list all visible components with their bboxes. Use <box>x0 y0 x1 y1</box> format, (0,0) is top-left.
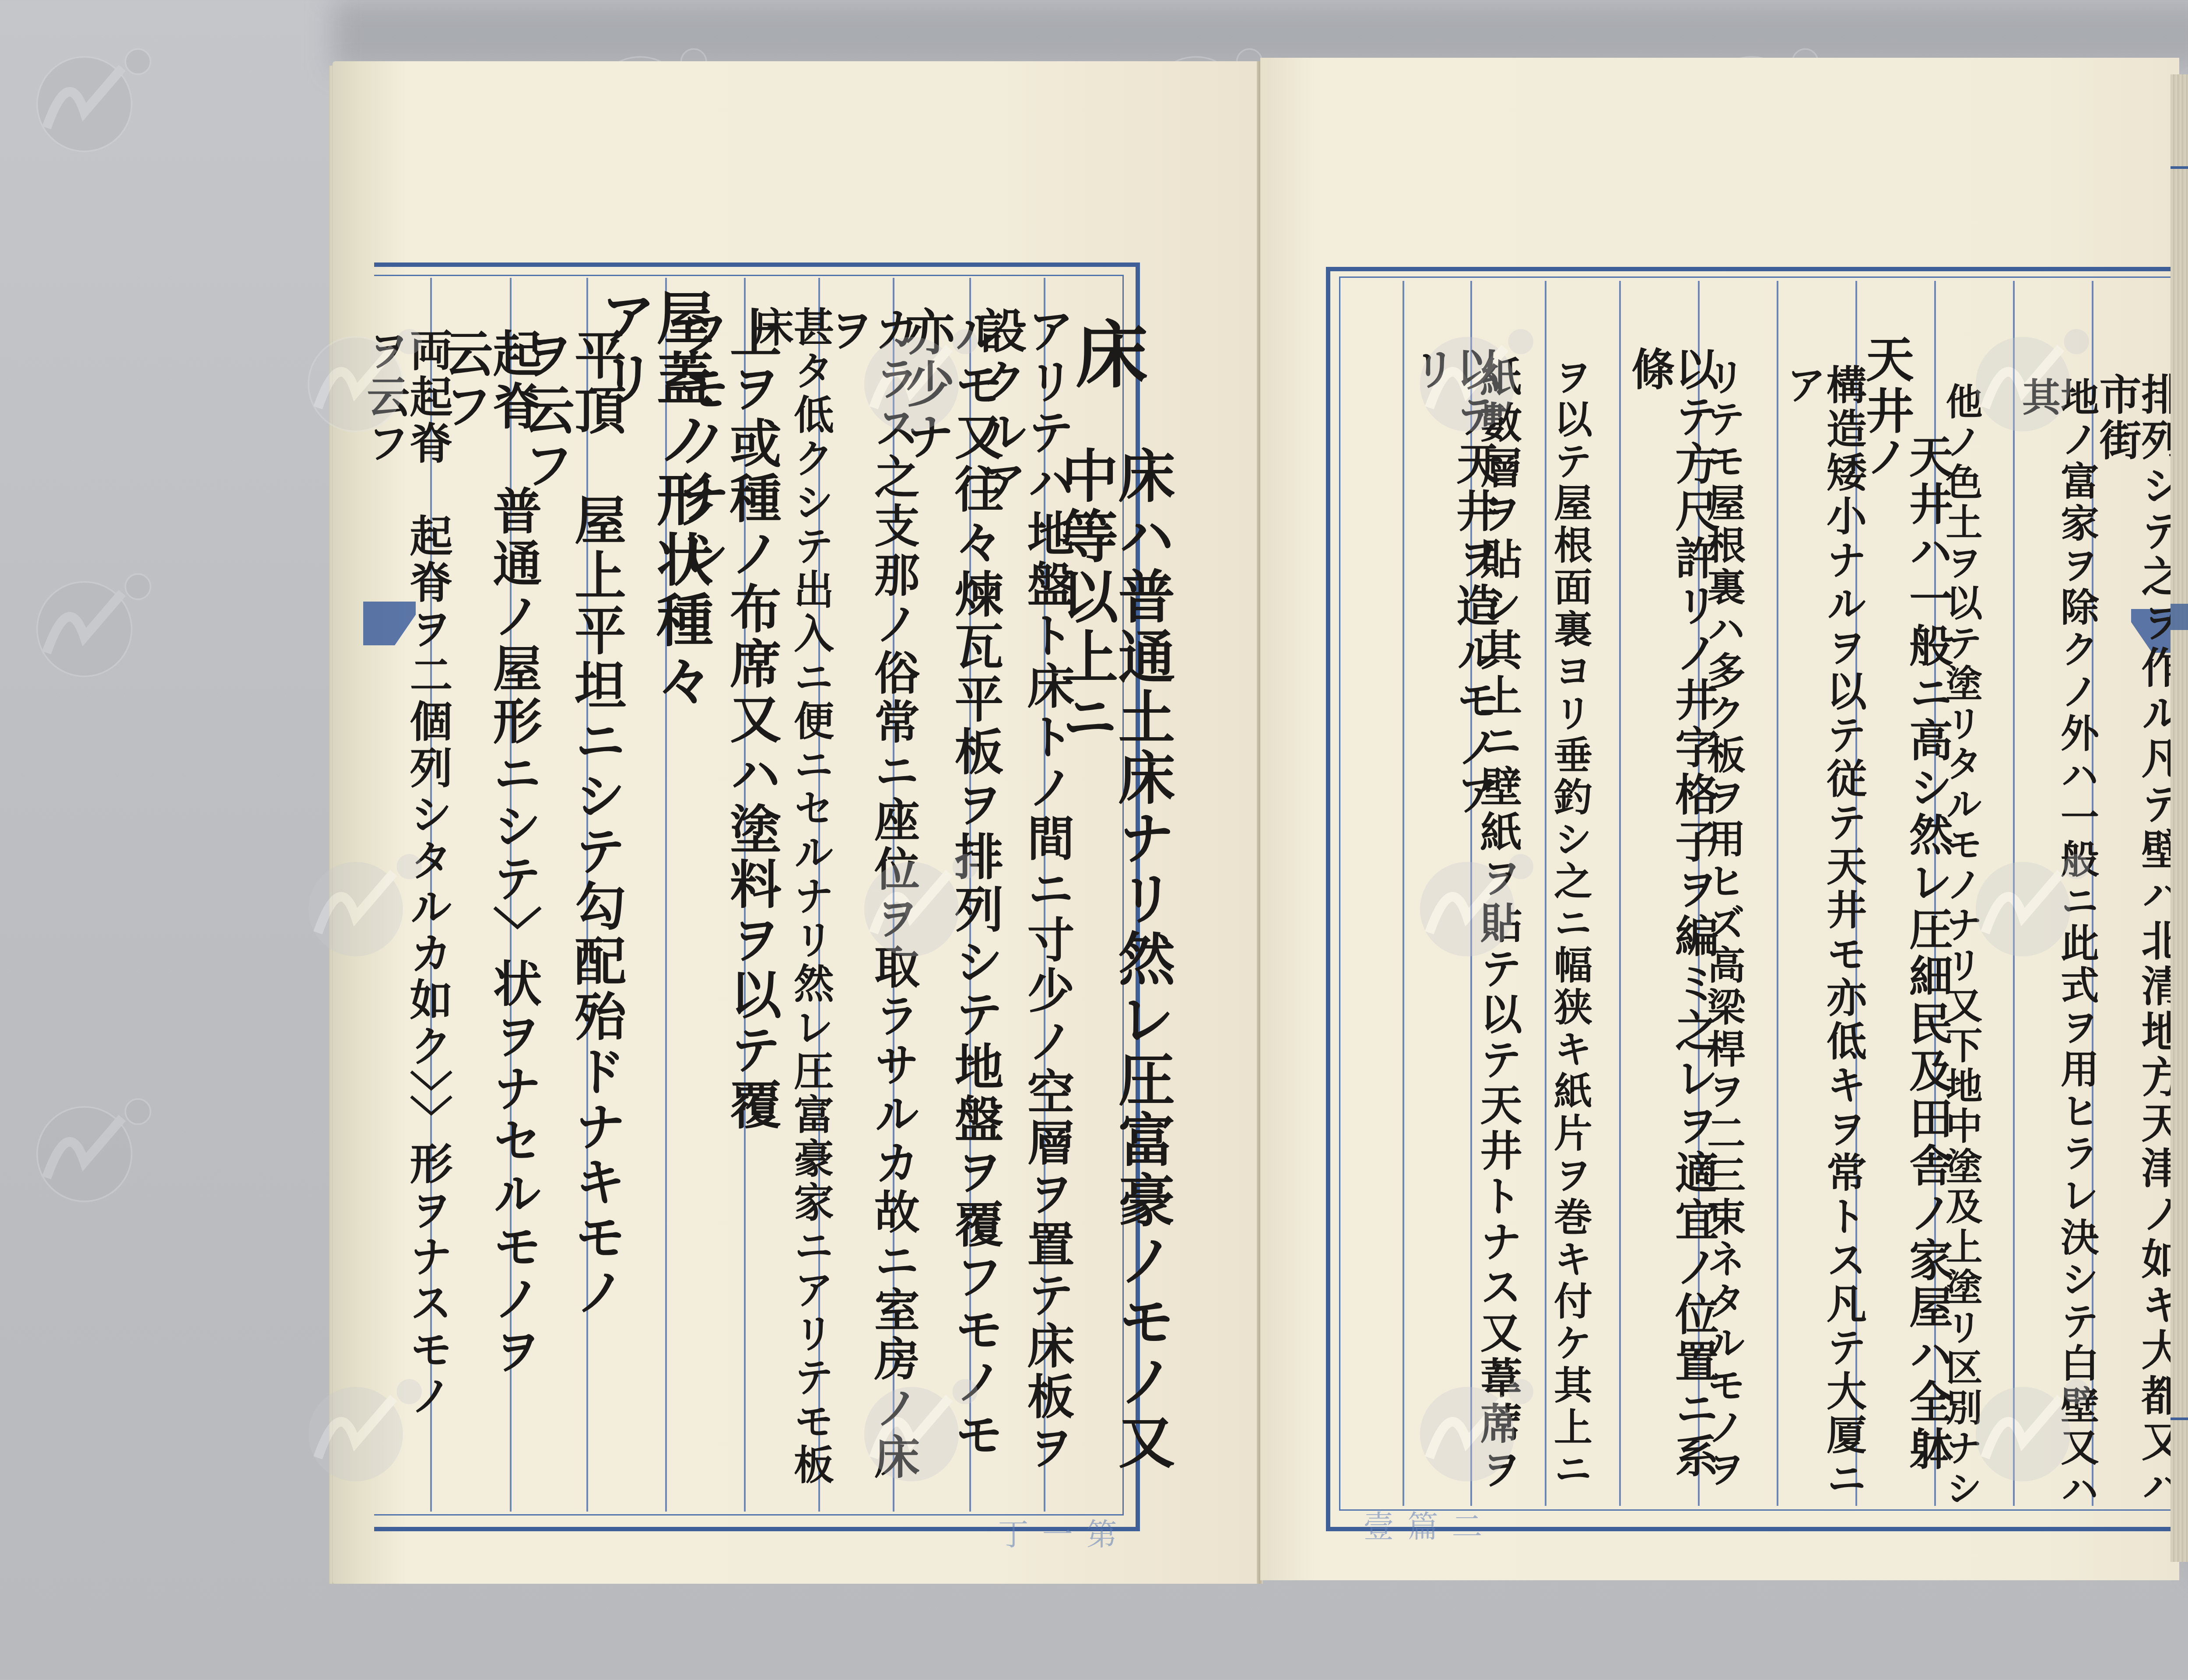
text-column: 以テ方尺許リノ井字格子ヲ編ミ之レヲ適宜ノ位置ニ系條 <box>1628 346 1715 1501</box>
right-heading-ceiling: 天井 <box>1862 329 1910 443</box>
fore-edge-band <box>2170 604 2188 630</box>
watermark-logo-icon <box>1947 822 2105 980</box>
watermark-logo-icon <box>9 1067 166 1225</box>
text-column: ヲ以テ屋根面裏ヨリ垂釣シ之ニ幅狭キ紙片ヲ巻キ付ケ其上ニ <box>1551 346 1590 1501</box>
column-rule <box>1619 281 1621 1506</box>
column-rule <box>1777 281 1778 1506</box>
watermark-logo-icon <box>1392 822 1549 980</box>
watermark-logo-icon <box>280 297 438 455</box>
left-page: 床 床ハ普通土床ナリ然レ圧富豪ノモノ又中等以上ニ アリテハ地盤ト床トノ間ニ寸少ノ… <box>333 61 1260 1584</box>
text-column: 構造矮小ナルヲ以テ従テ天井モ亦低キヲ常トス凡テ大厦ニア <box>1783 364 1864 1501</box>
watermark-logo-icon <box>280 1347 438 1505</box>
watermark-logo-icon <box>1947 1347 2105 1505</box>
right-footer-stamp: 二 篇 壹 <box>1354 1510 1487 1580</box>
open-book: 床 床ハ普通土床ナリ然レ圧富豪ノモノ又中等以上ニ アリテハ地盤ト床トノ間ニ寸少ノ… <box>333 61 2188 1601</box>
text-column: 起脊 普通ノ屋形ニシテ〉状ヲナセルモノヲ云フ <box>440 328 538 1422</box>
watermark-logo-icon <box>1392 1347 1549 1505</box>
watermark-logo-icon <box>9 542 166 700</box>
fore-edge-rule <box>2170 1417 2188 1420</box>
right-page-stack-edge <box>2170 74 2188 1562</box>
watermark-logo-icon <box>836 822 993 980</box>
watermark-logo-icon <box>1947 297 2105 455</box>
text-column: 天井ハ一般ニ高シ然レ圧細民及田舎ノ家屋ハ全躰ノ <box>1862 434 1950 1501</box>
left-footer-stamp: 第 一 丁 <box>989 1518 1122 1584</box>
watermark-logo-icon <box>9 17 166 175</box>
fore-edge-rule <box>2170 166 2188 169</box>
watermark-logo-icon <box>280 822 438 980</box>
watermark-logo-icon <box>836 297 993 455</box>
watermark-logo-icon <box>1392 297 1549 455</box>
watermark-logo-icon <box>836 1347 993 1505</box>
text-column: 排列シテ之ヲ作ル凡テ壁ハ北清地方天津ノ如キ大都又ハ市街 <box>2096 373 2180 1510</box>
